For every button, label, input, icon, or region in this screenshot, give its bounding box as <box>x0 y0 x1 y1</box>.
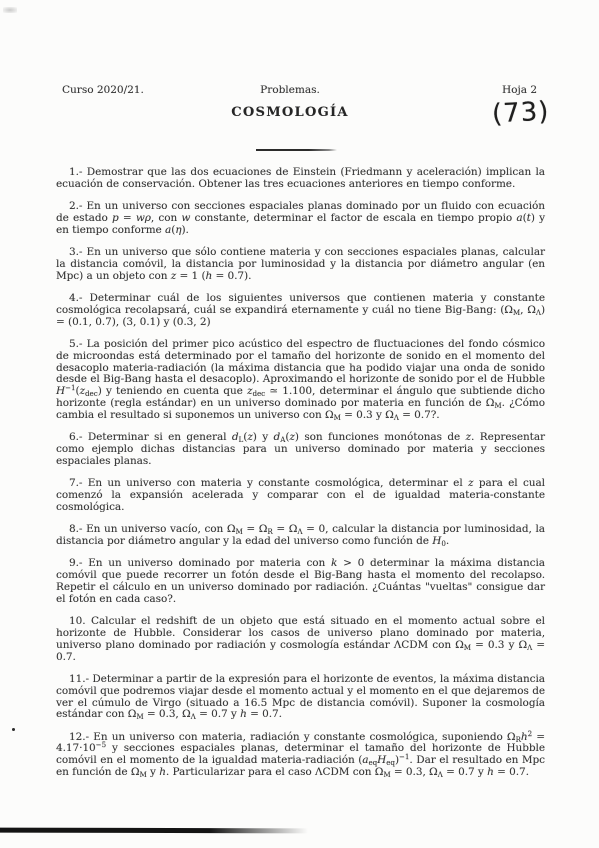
problem-10: 10. Calcular el redshift de un objeto qu… <box>56 616 545 664</box>
problem-11: 11.- Determinar a partir de la expresión… <box>56 674 545 722</box>
scanned-problem-sheet: Curso 2020/21. Problemas. COSMOLOGÍA Hoj… <box>0 0 599 848</box>
handwritten-mark: (73) <box>491 97 550 130</box>
problem-1: 1.- Demostrar que las dos ecuaciones de … <box>56 167 545 191</box>
problems-list: 1.- Demostrar que las dos ecuaciones de … <box>56 167 545 789</box>
scan-smudge-artifact <box>3 7 17 13</box>
header-divider <box>256 149 337 151</box>
sheet-number: Hoja 2 <box>502 84 537 96</box>
problem-4: 4.- Determinar cuál de los siguientes un… <box>56 293 545 329</box>
problem-7: 7.- En un universo con materia y constan… <box>56 478 545 514</box>
problem-8: 8.- En un universo vacío, con ΩM = ΩR = … <box>56 524 545 548</box>
problem-2: 2.- En un universo con secciones espacia… <box>56 201 545 237</box>
problem-6: 6.- Determinar si en general dL(z) y dA(… <box>56 432 545 468</box>
problem-9: 9.- En un universo dominado por materia … <box>56 558 545 606</box>
problem-12: 12.- En un universo con materia, radiaci… <box>56 732 545 780</box>
problem-3: 3.- En un universo que sólo contiene mat… <box>56 247 545 283</box>
problem-5: 5.- La posición del primer pico acústico… <box>56 339 545 422</box>
subtitle: Problemas. <box>0 84 580 96</box>
scan-speck-artifact <box>12 728 15 731</box>
scan-edge-artifact <box>0 828 308 834</box>
